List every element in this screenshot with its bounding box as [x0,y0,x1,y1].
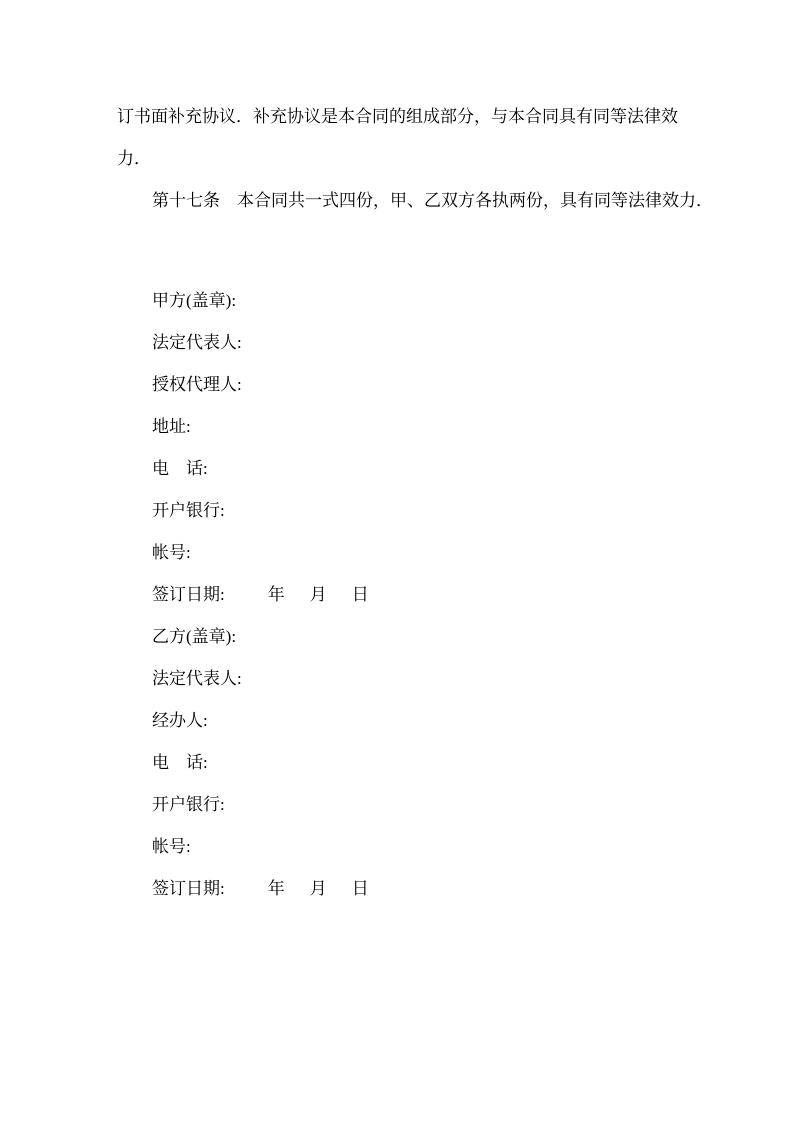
document-content: 订书面补充协议．补充协议是本合同的组成部分，与本合同具有同等法律效 力． 第十七… [117,96,703,910]
party-a-signature-block: 甲方(盖章): 法定代表人: 授权代理人: 地址: 电 话: 开户银行: 帐号:… [117,280,703,616]
paragraph-line-1: 订书面补充协议．补充协议是本合同的组成部分，与本合同具有同等法律效 [117,96,703,138]
party-a-authorized-agent-label: 授权代理人: [152,364,703,406]
party-a-phone-label: 电 话: [152,448,703,490]
party-b-sign-date-label: 签订日期: [152,879,225,898]
party-a-address-label: 地址: [152,406,703,448]
party-b-bank-label: 开户银行: [152,784,703,826]
party-b-sign-date-line: 签订日期:年月日 [152,868,703,910]
paragraph-line-2: 力． [117,138,703,180]
party-b-signature-block: 乙方(盖章): 法定代表人: 经办人: 电 话: 开户银行: 帐号: 签订日期:… [117,616,703,910]
party-a-month-label: 月 [310,585,327,604]
party-a-sign-date-line: 签订日期:年月日 [152,574,703,616]
party-b-legal-representative-label: 法定代表人: [152,658,703,700]
party-a-account-label: 帐号: [152,532,703,574]
party-b-day-label: 日 [352,879,369,898]
document-page: 订书面补充协议．补充协议是本合同的组成部分，与本合同具有同等法律效 力． 第十七… [0,0,793,1122]
party-b-account-label: 帐号: [152,826,703,868]
party-a-bank-label: 开户银行: [152,490,703,532]
party-b-month-label: 月 [310,879,327,898]
party-b-seal-label: 乙方(盖章): [152,616,703,658]
party-a-legal-representative-label: 法定代表人: [152,322,703,364]
party-a-day-label: 日 [352,585,369,604]
party-a-year-label: 年 [268,585,285,604]
party-b-phone-label: 电 话: [152,742,703,784]
party-b-year-label: 年 [268,879,285,898]
paragraph-supplement-agreement: 订书面补充协议．补充协议是本合同的组成部分，与本合同具有同等法律效 力． 第十七… [117,96,703,222]
party-b-handler-label: 经办人: [152,700,703,742]
party-a-sign-date-label: 签订日期: [152,585,225,604]
clause-17: 第十七条 本合同共一式四份，甲、乙双方各执两份，具有同等法律效力． [117,180,703,222]
party-a-seal-label: 甲方(盖章): [152,280,703,322]
